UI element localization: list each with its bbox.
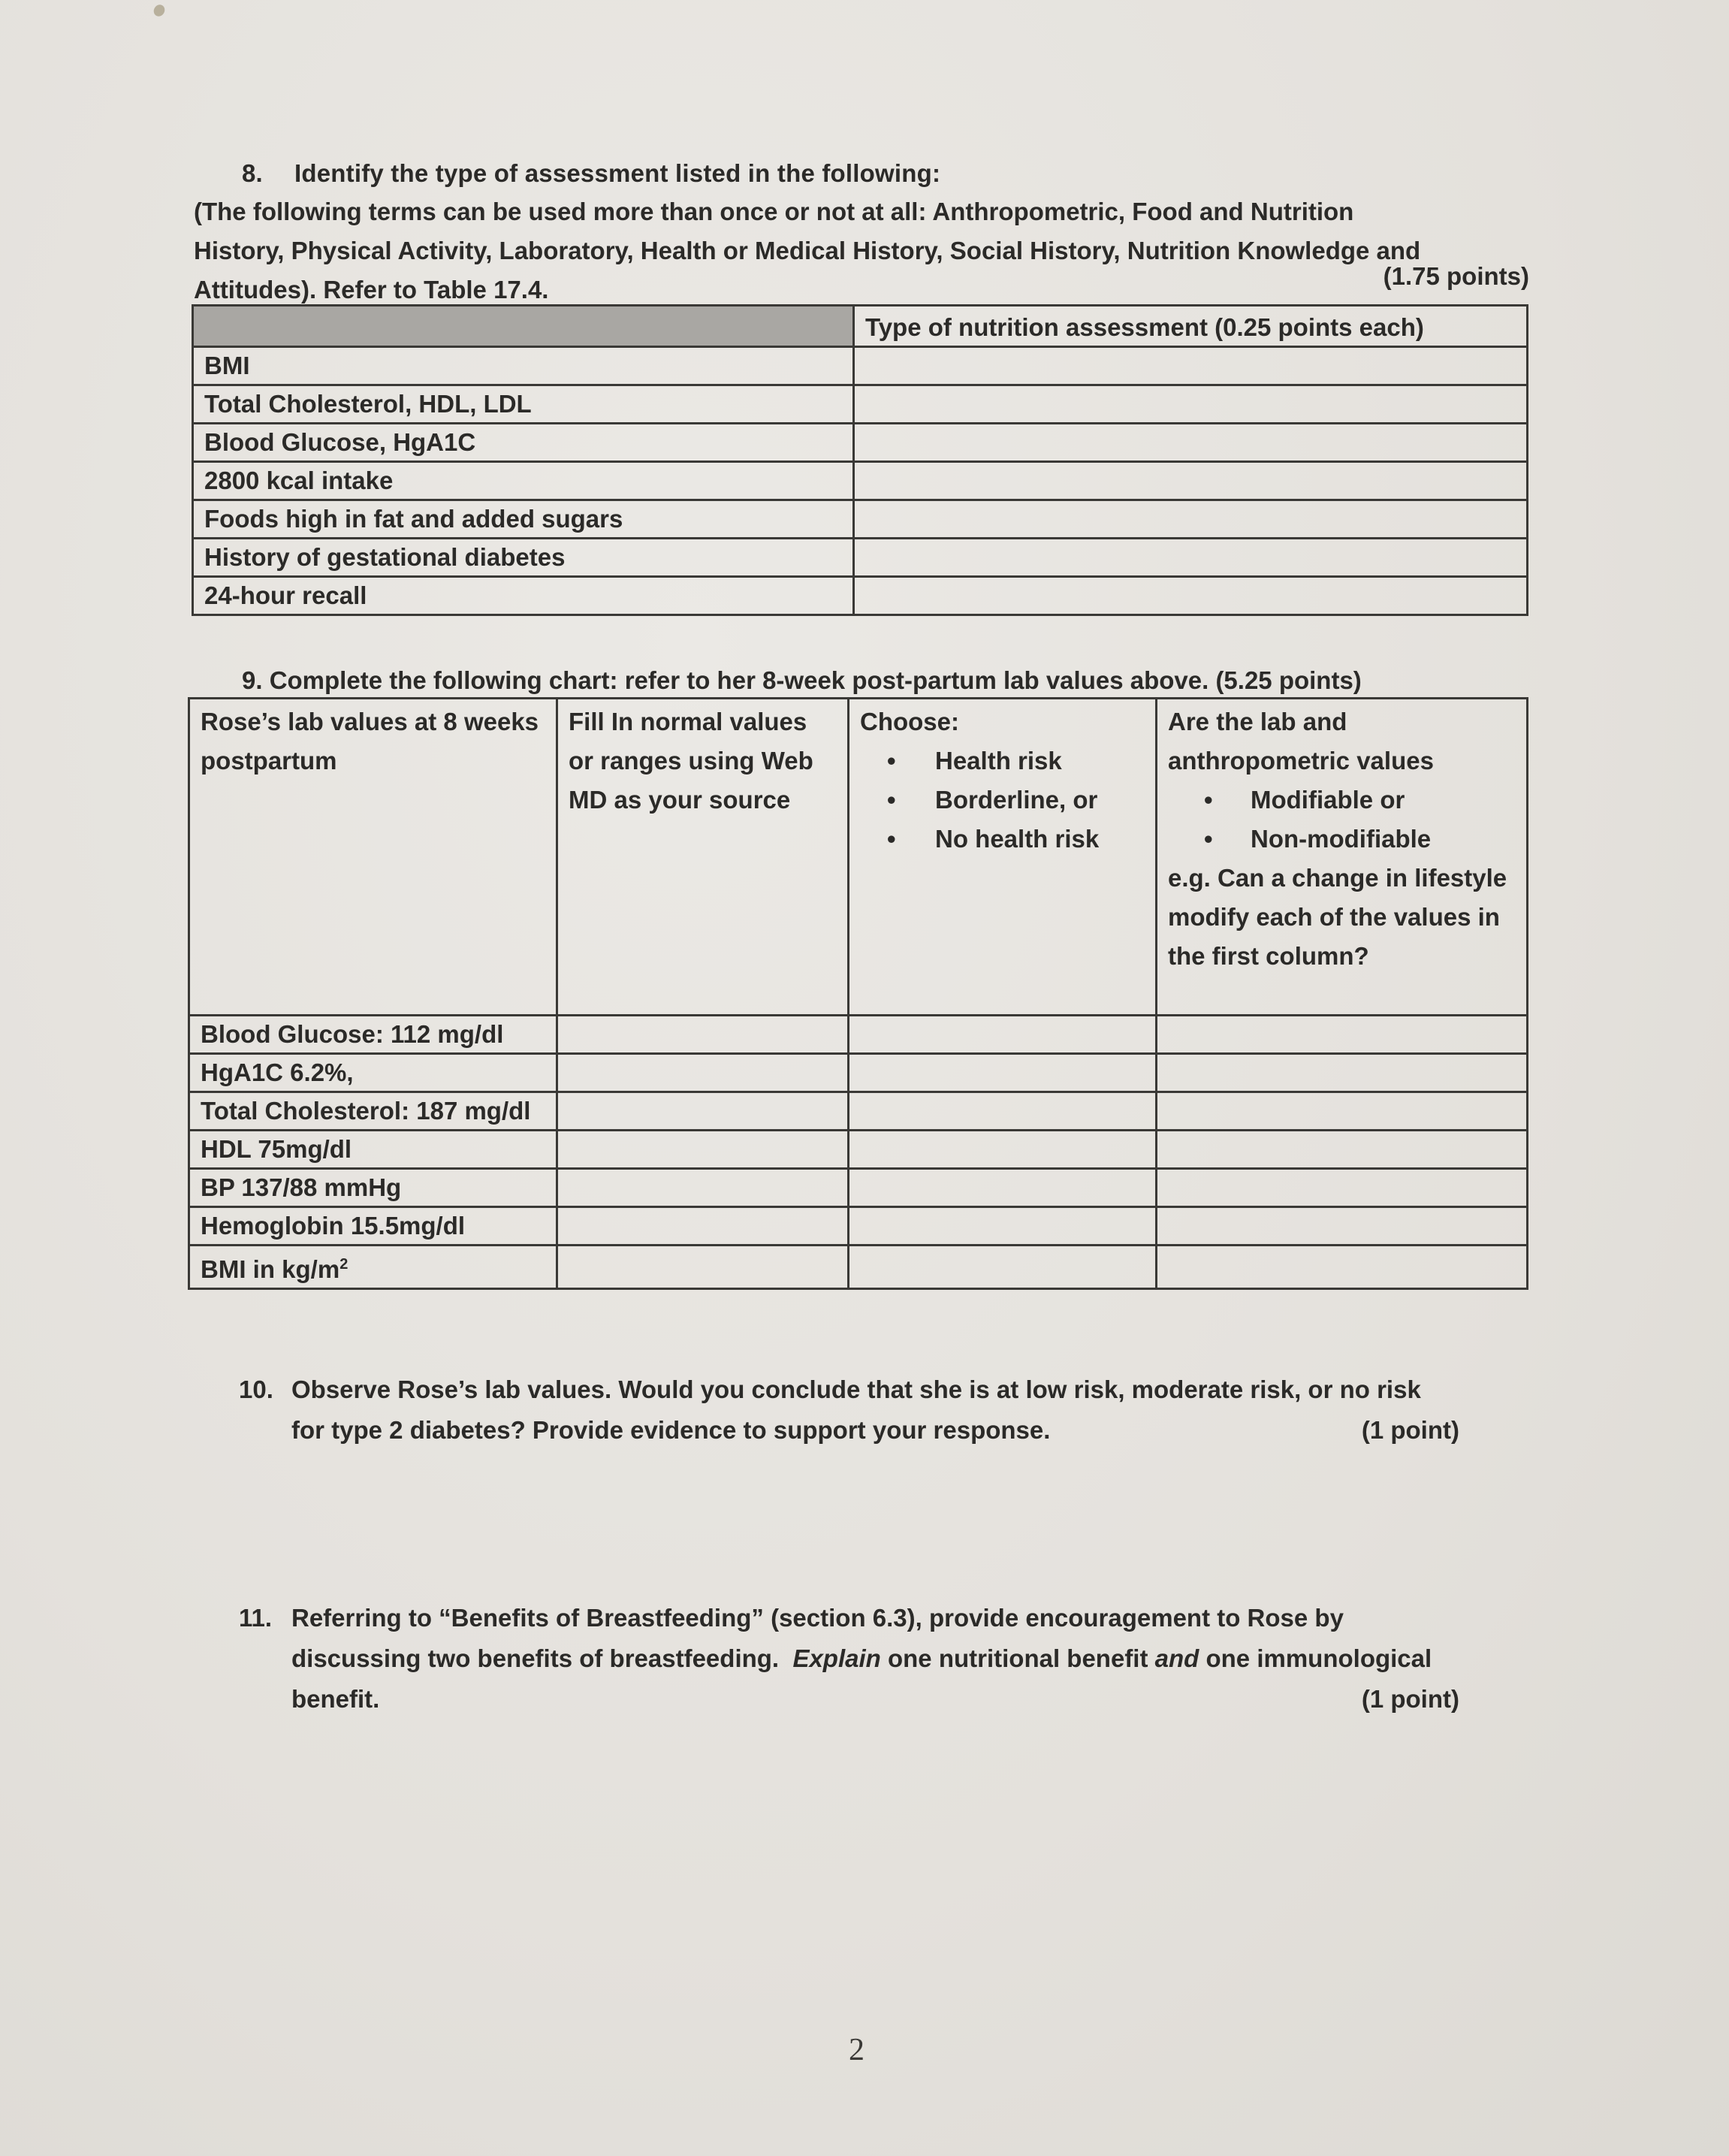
risk-cell[interactable]	[849, 1016, 1157, 1054]
paper-speck	[152, 3, 167, 19]
normal-value-cell[interactable]	[557, 1092, 849, 1131]
risk-cell[interactable]	[849, 1207, 1157, 1246]
assessment-item: Blood Glucose, HgA1C	[193, 424, 854, 462]
table-row: HDL 75mg/dl	[189, 1131, 1528, 1169]
risk-options-list: Health risk Borderline, or No health ris…	[860, 741, 1145, 859]
assessment-item: 2800 kcal intake	[193, 462, 854, 500]
table-row: 2800 kcal intake	[193, 462, 1528, 500]
risk-cell[interactable]	[849, 1246, 1157, 1289]
points-label: (1 point)	[1362, 1679, 1459, 1720]
answer-cell[interactable]	[854, 385, 1528, 424]
table-row: Blood Glucose, HgA1C	[193, 424, 1528, 462]
modifiable-option: Modifiable or	[1168, 781, 1516, 820]
lab-value-text: BMI in kg/m	[201, 1255, 339, 1283]
answer-cell[interactable]	[854, 539, 1528, 577]
header-lab-values: Rose’s lab values at 8 weeks postpartum	[189, 699, 557, 1016]
header-assessment-type: Type of nutrition assessment (0.25 point…	[854, 306, 1528, 347]
risk-option: No health risk	[860, 820, 1145, 859]
answer-cell[interactable]	[854, 500, 1528, 539]
assessment-item: History of gestational diabetes	[193, 539, 854, 577]
lab-value: Blood Glucose: 112 mg/dl	[189, 1016, 557, 1054]
assessment-item: 24-hour recall	[193, 577, 854, 615]
question-8-instructions: (The following terms can be used more th…	[194, 192, 1531, 310]
risk-cell[interactable]	[849, 1092, 1157, 1131]
question-10: 10.Observe Rose’s lab values. Would you …	[239, 1369, 1531, 1451]
question-8-prompt: 8.Identify the type of assessment listed…	[242, 154, 1534, 193]
modifiable-title: Are the lab and anthropometric values	[1168, 702, 1516, 781]
risk-option: Borderline, or	[860, 781, 1145, 820]
text-segment: one nutritional benefit	[881, 1638, 1155, 1679]
answer-cell[interactable]	[854, 577, 1528, 615]
assessment-item: BMI	[193, 347, 854, 385]
question-number: 11.	[239, 1598, 291, 1638]
lab-value: HgA1C 6.2%,	[189, 1054, 557, 1092]
modifiable-cell[interactable]	[1157, 1207, 1528, 1246]
lab-value: BMI in kg/m2	[189, 1246, 557, 1289]
lab-value: Hemoglobin 15.5mg/dl	[189, 1207, 557, 1246]
normal-value-cell[interactable]	[557, 1246, 849, 1289]
table-row: 24-hour recall	[193, 577, 1528, 615]
modifiable-cell[interactable]	[1157, 1246, 1528, 1289]
lab-value: BP 137/88 mmHg	[189, 1169, 557, 1207]
table-row: Hemoglobin 15.5mg/dl	[189, 1207, 1528, 1246]
assessment-item: Total Cholesterol, HDL, LDL	[193, 385, 854, 424]
risk-choice-title: Choose:	[860, 702, 1145, 741]
question-number: 10.	[239, 1369, 291, 1410]
assessment-type-table: Type of nutrition assessment (0.25 point…	[192, 304, 1528, 616]
modifiable-options-list: Modifiable or Non-modifiable	[1168, 781, 1516, 859]
question-9-title: 9. Complete the following chart: refer t…	[242, 661, 1362, 700]
instruction-line: (The following terms can be used more th…	[194, 192, 1531, 231]
table-row: BP 137/88 mmHg	[189, 1169, 1528, 1207]
header-normal-values: Fill In normal values or ranges using We…	[557, 699, 849, 1016]
answer-cell[interactable]	[854, 424, 1528, 462]
modifiable-cell[interactable]	[1157, 1131, 1528, 1169]
question-11: 11.Referring to “Benefits of Breastfeedi…	[239, 1598, 1531, 1720]
answer-cell[interactable]	[854, 347, 1528, 385]
modifiable-cell[interactable]	[1157, 1016, 1528, 1054]
chart-header-row: Rose’s lab values at 8 weeks postpartum …	[189, 699, 1528, 1016]
question-text-2: for type 2 diabetes? Provide evidence to…	[291, 1410, 1050, 1451]
table-row: HgA1C 6.2%,	[189, 1054, 1528, 1092]
table-header-row: Type of nutrition assessment (0.25 point…	[193, 306, 1528, 347]
text-segment: for type 2 diabetes? Provide	[291, 1416, 630, 1444]
table-row: BMI in kg/m2	[189, 1246, 1528, 1289]
table-row: BMI	[193, 347, 1528, 385]
question-text: Referring to “Benefits of Breastfeeding”…	[291, 1604, 1344, 1632]
modifiable-cell[interactable]	[1157, 1092, 1528, 1131]
question-text: Observe Rose’s lab values. Would you con…	[291, 1375, 1421, 1403]
risk-cell[interactable]	[849, 1131, 1157, 1169]
question-number: 8.	[242, 154, 294, 193]
risk-cell[interactable]	[849, 1169, 1157, 1207]
normal-value-cell[interactable]	[557, 1054, 849, 1092]
emphasis-evidence: evidence	[630, 1416, 736, 1444]
text-segment: to support your response.	[736, 1416, 1050, 1444]
modifiable-cell[interactable]	[1157, 1169, 1528, 1207]
page-number: 2	[849, 2032, 864, 2068]
normal-value-cell[interactable]	[557, 1207, 849, 1246]
modifiable-note: e.g. Can a change in lifestyle modify ea…	[1168, 859, 1516, 976]
points-label: (1 point)	[1362, 1410, 1459, 1451]
table-row: Blood Glucose: 112 mg/dl	[189, 1016, 1528, 1054]
emphasis-and: and	[1155, 1638, 1199, 1679]
lab-values-chart: Rose’s lab values at 8 weeks postpartum …	[188, 697, 1528, 1290]
normal-value-cell[interactable]	[557, 1169, 849, 1207]
lab-value: HDL 75mg/dl	[189, 1131, 557, 1169]
header-blank-cell	[193, 306, 854, 347]
table-row: Total Cholesterol, HDL, LDL	[193, 385, 1528, 424]
question-text: Identify the type of assessment listed i…	[294, 159, 940, 187]
question-text-3: benefit.	[291, 1679, 379, 1720]
question-line-3: benefit. (1 point)	[239, 1679, 1531, 1720]
modifiable-cell[interactable]	[1157, 1054, 1528, 1092]
answer-cell[interactable]	[854, 462, 1528, 500]
text-segment: one immunological	[1199, 1638, 1432, 1679]
table-row: History of gestational diabetes	[193, 539, 1528, 577]
question-line-2: discussing two benefits of breastfeeding…	[239, 1638, 1531, 1679]
header-risk-choice: Choose: Health risk Borderline, or No he…	[849, 699, 1157, 1016]
normal-value-cell[interactable]	[557, 1131, 849, 1169]
assessment-item: Foods high in fat and added sugars	[193, 500, 854, 539]
superscript: 2	[339, 1256, 348, 1273]
risk-option: Health risk	[860, 741, 1145, 781]
worksheet-page: 8.Identify the type of assessment listed…	[0, 0, 1729, 2156]
lab-value: Total Cholesterol: 187 mg/dl	[189, 1092, 557, 1131]
modifiable-option: Non-modifiable	[1168, 820, 1516, 859]
instruction-line: History, Physical Activity, Laboratory, …	[194, 231, 1531, 270]
table-row: Total Cholesterol: 187 mg/dl	[189, 1092, 1528, 1131]
table-row: Foods high in fat and added sugars	[193, 500, 1528, 539]
risk-cell[interactable]	[849, 1054, 1157, 1092]
text-segment: discussing two benefits of breastfeeding…	[291, 1638, 792, 1679]
header-modifiable: Are the lab and anthropometric values Mo…	[1157, 699, 1528, 1016]
normal-value-cell[interactable]	[557, 1016, 849, 1054]
question-line-2: for type 2 diabetes? Provide evidence to…	[239, 1410, 1531, 1451]
emphasis-explain: Explain	[792, 1638, 880, 1679]
points-label: (1.75 points)	[1384, 257, 1529, 310]
